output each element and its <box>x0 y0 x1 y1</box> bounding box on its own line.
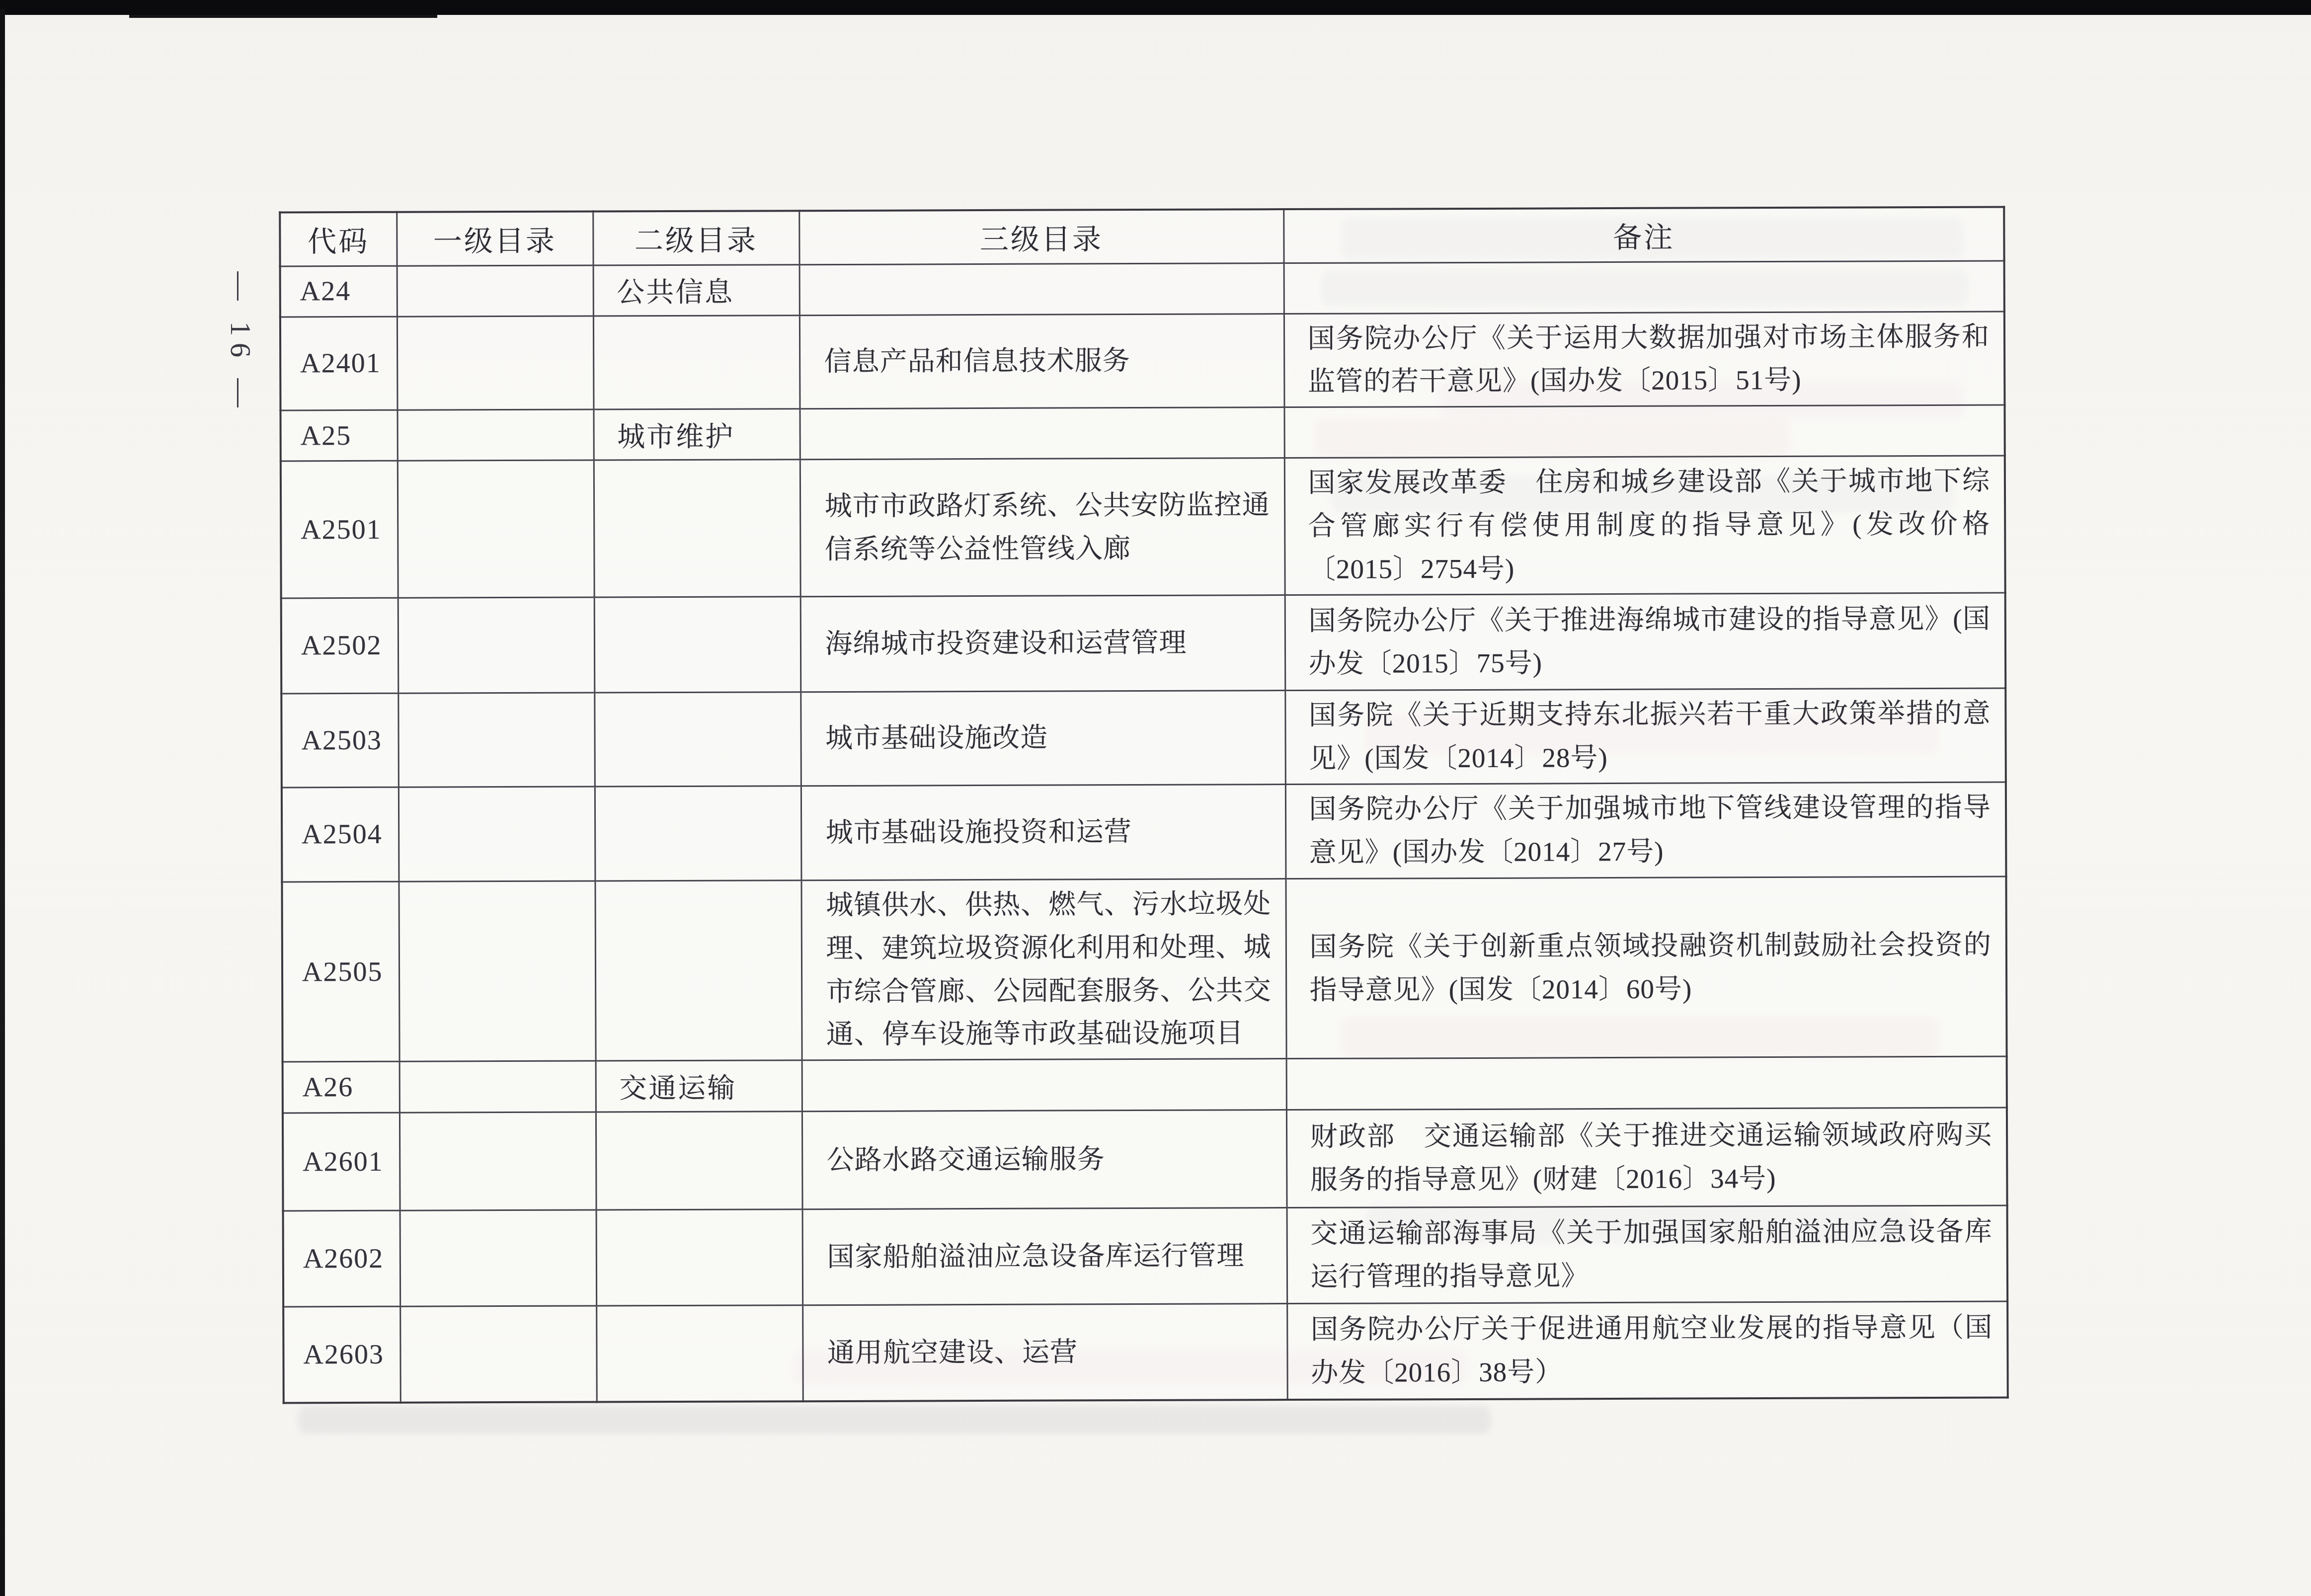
table-row: A2602 国家船舶溢油应急设备库运行管理 交通运输部海事局《关于加强国家船舶溢… <box>283 1205 2008 1307</box>
cell-level3: 国家船舶溢油应急设备库运行管理 <box>802 1208 1287 1305</box>
cell-code: A2502 <box>281 598 398 694</box>
cell-level3: 公路水路交通运输服务 <box>802 1110 1287 1209</box>
table-row: A2601 公路水路交通运输服务 财政部 交通运输部《关于推进交通运输领域政府购… <box>283 1108 2007 1211</box>
cell-level1 <box>397 409 593 461</box>
cell-level2 <box>596 1305 803 1402</box>
cell-remark: 国家发展改革委 住房和城乡建设部《关于城市地下综合管廊实行有偿使用制度的指导意见… <box>1284 456 2005 595</box>
cell-level3: 城市市政路灯系统、公共安防监控通信系统等公益性管线入廊 <box>800 458 1285 597</box>
col-header-level2: 二级目录 <box>593 211 799 265</box>
cell-level3 <box>799 407 1284 460</box>
table-row: A2502 海绵城市投资建设和运营管理 国务院办公厅《关于推进海绵城市建设的指导… <box>281 593 2006 694</box>
cell-level2: 城市维护 <box>593 409 799 460</box>
bleed-artifact <box>298 1406 1491 1434</box>
cell-level2: 公共信息 <box>593 264 799 316</box>
cell-level1 <box>397 316 594 410</box>
cell-level3 <box>799 263 1284 315</box>
cell-remark <box>1284 405 2004 458</box>
cell-level3: 信息产品和信息技术服务 <box>799 314 1284 409</box>
catalog-table-wrap: 代码 一级目录 二级目录 三级目录 备注 A24 公共信息 A2401 <box>279 206 2009 1404</box>
cell-code: A2601 <box>283 1113 400 1211</box>
cell-remark: 国务院办公厅《关于加强城市地下管线建设管理的指导意见》(国办发〔2014〕27号… <box>1285 782 2006 879</box>
cell-level3: 城市基础设施改造 <box>800 691 1285 786</box>
table-row: A2504 城市基础设施投资和运营 国务院办公厅《关于加强城市地下管线建设管理的… <box>282 782 2006 882</box>
cell-remark: 国务院办公厅《关于运用大数据加强对市场主体服务和监管的若干意见》(国办发〔201… <box>1284 312 2005 407</box>
cell-level2 <box>593 315 800 409</box>
cell-remark: 国务院办公厅《关于推进海绵城市建设的指导意见》(国办发〔2015〕75号) <box>1285 593 2006 691</box>
cell-code: A26 <box>283 1062 399 1114</box>
cell-code: A2603 <box>283 1307 400 1403</box>
cell-level2 <box>595 880 801 1061</box>
col-header-code: 代码 <box>280 212 397 266</box>
cell-level2 <box>596 1209 803 1306</box>
cell-code: A2505 <box>282 881 399 1062</box>
cell-level2 <box>595 786 801 880</box>
cell-remark: 国务院《关于创新重点领域投融资机制鼓励社会投资的指导意见》(国发〔2014〕60… <box>1285 877 2006 1059</box>
catalog-table: 代码 一级目录 二级目录 三级目录 备注 A24 公共信息 A2401 <box>279 206 2009 1404</box>
cell-level1 <box>400 1210 597 1306</box>
cell-level1 <box>398 787 595 881</box>
table-row: A26 交通运输 <box>283 1056 2007 1113</box>
table-row: A24 公共信息 <box>280 261 2004 317</box>
cell-level3 <box>802 1059 1286 1112</box>
cell-code: A24 <box>280 266 397 317</box>
cell-level1 <box>400 1306 597 1402</box>
cell-remark <box>1284 261 2004 314</box>
cell-code: A2504 <box>282 787 399 882</box>
cell-remark: 国务院《关于近期支持东北振兴若干重大政策举措的意见》(国发〔2014〕28号) <box>1285 688 2006 784</box>
cell-level1 <box>398 881 595 1062</box>
cell-level3: 城镇供水、供热、燃气、污水垃圾处理、建筑垃圾资源化利用和处理、城市综合管廊、公园… <box>801 878 1286 1060</box>
cell-remark <box>1286 1056 2007 1110</box>
col-header-level3: 三级目录 <box>799 209 1283 264</box>
cell-code: A2602 <box>283 1211 400 1307</box>
cell-remark: 交通运输部海事局《关于加强国家船舶溢油应急设备库运行管理的指导意见》 <box>1287 1205 2008 1304</box>
cell-level1 <box>398 693 595 787</box>
cell-level3: 通用航空建设、运营 <box>802 1304 1287 1401</box>
cell-level3: 城市基础设施投资和运营 <box>801 784 1286 880</box>
cell-remark: 国务院办公厅关于促进通用航空业发展的指导意见（国办发〔2016〕38号） <box>1287 1301 2008 1400</box>
cell-level1 <box>399 1061 596 1113</box>
cell-level3: 海绵城市投资建设和运营管理 <box>800 595 1285 692</box>
table-row: A2401 信息产品和信息技术服务 国务院办公厅《关于运用大数据加强对市场主体服… <box>280 312 2005 411</box>
cell-level2 <box>596 1112 802 1210</box>
cell-level1 <box>398 597 595 693</box>
col-header-level1: 一级目录 <box>397 211 593 265</box>
table-row: A25 城市维护 <box>280 405 2004 461</box>
cell-level2 <box>594 692 801 787</box>
cell-remark: 财政部 交通运输部《关于推进交通运输领域政府购买服务的指导意见》(财建〔2016… <box>1286 1108 2007 1208</box>
table-header-row: 代码 一级目录 二级目录 三级目录 备注 <box>280 207 2004 266</box>
table-row: A2603 通用航空建设、运营 国务院办公厅关于促进通用航空业发展的指导意见（国… <box>283 1301 2008 1403</box>
cell-level1 <box>399 1112 596 1210</box>
cell-code: A2503 <box>281 693 398 788</box>
cell-code: A2401 <box>280 317 398 411</box>
cell-code: A2501 <box>281 461 398 598</box>
cell-level1 <box>398 460 594 598</box>
scan-edge-top <box>0 0 2311 15</box>
scan-edge-left <box>0 9 5 1596</box>
table-row: A2505 城镇供水、供热、燃气、污水垃圾处理、建筑垃圾资源化利用和处理、城市综… <box>282 877 2006 1062</box>
cell-level2: 交通运输 <box>596 1060 802 1112</box>
cell-level2 <box>594 597 801 693</box>
table-row: A2501 城市市政路灯系统、公共安防监控通信系统等公益性管线入廊 国家发展改革… <box>281 456 2005 598</box>
col-header-remark: 备注 <box>1283 207 2004 263</box>
cell-code: A25 <box>280 410 397 461</box>
cell-level1 <box>397 265 593 316</box>
table-row: A2503 城市基础设施改造 国务院《关于近期支持东北振兴若干重大政策举措的意见… <box>281 688 2006 788</box>
cell-level2 <box>594 460 800 597</box>
